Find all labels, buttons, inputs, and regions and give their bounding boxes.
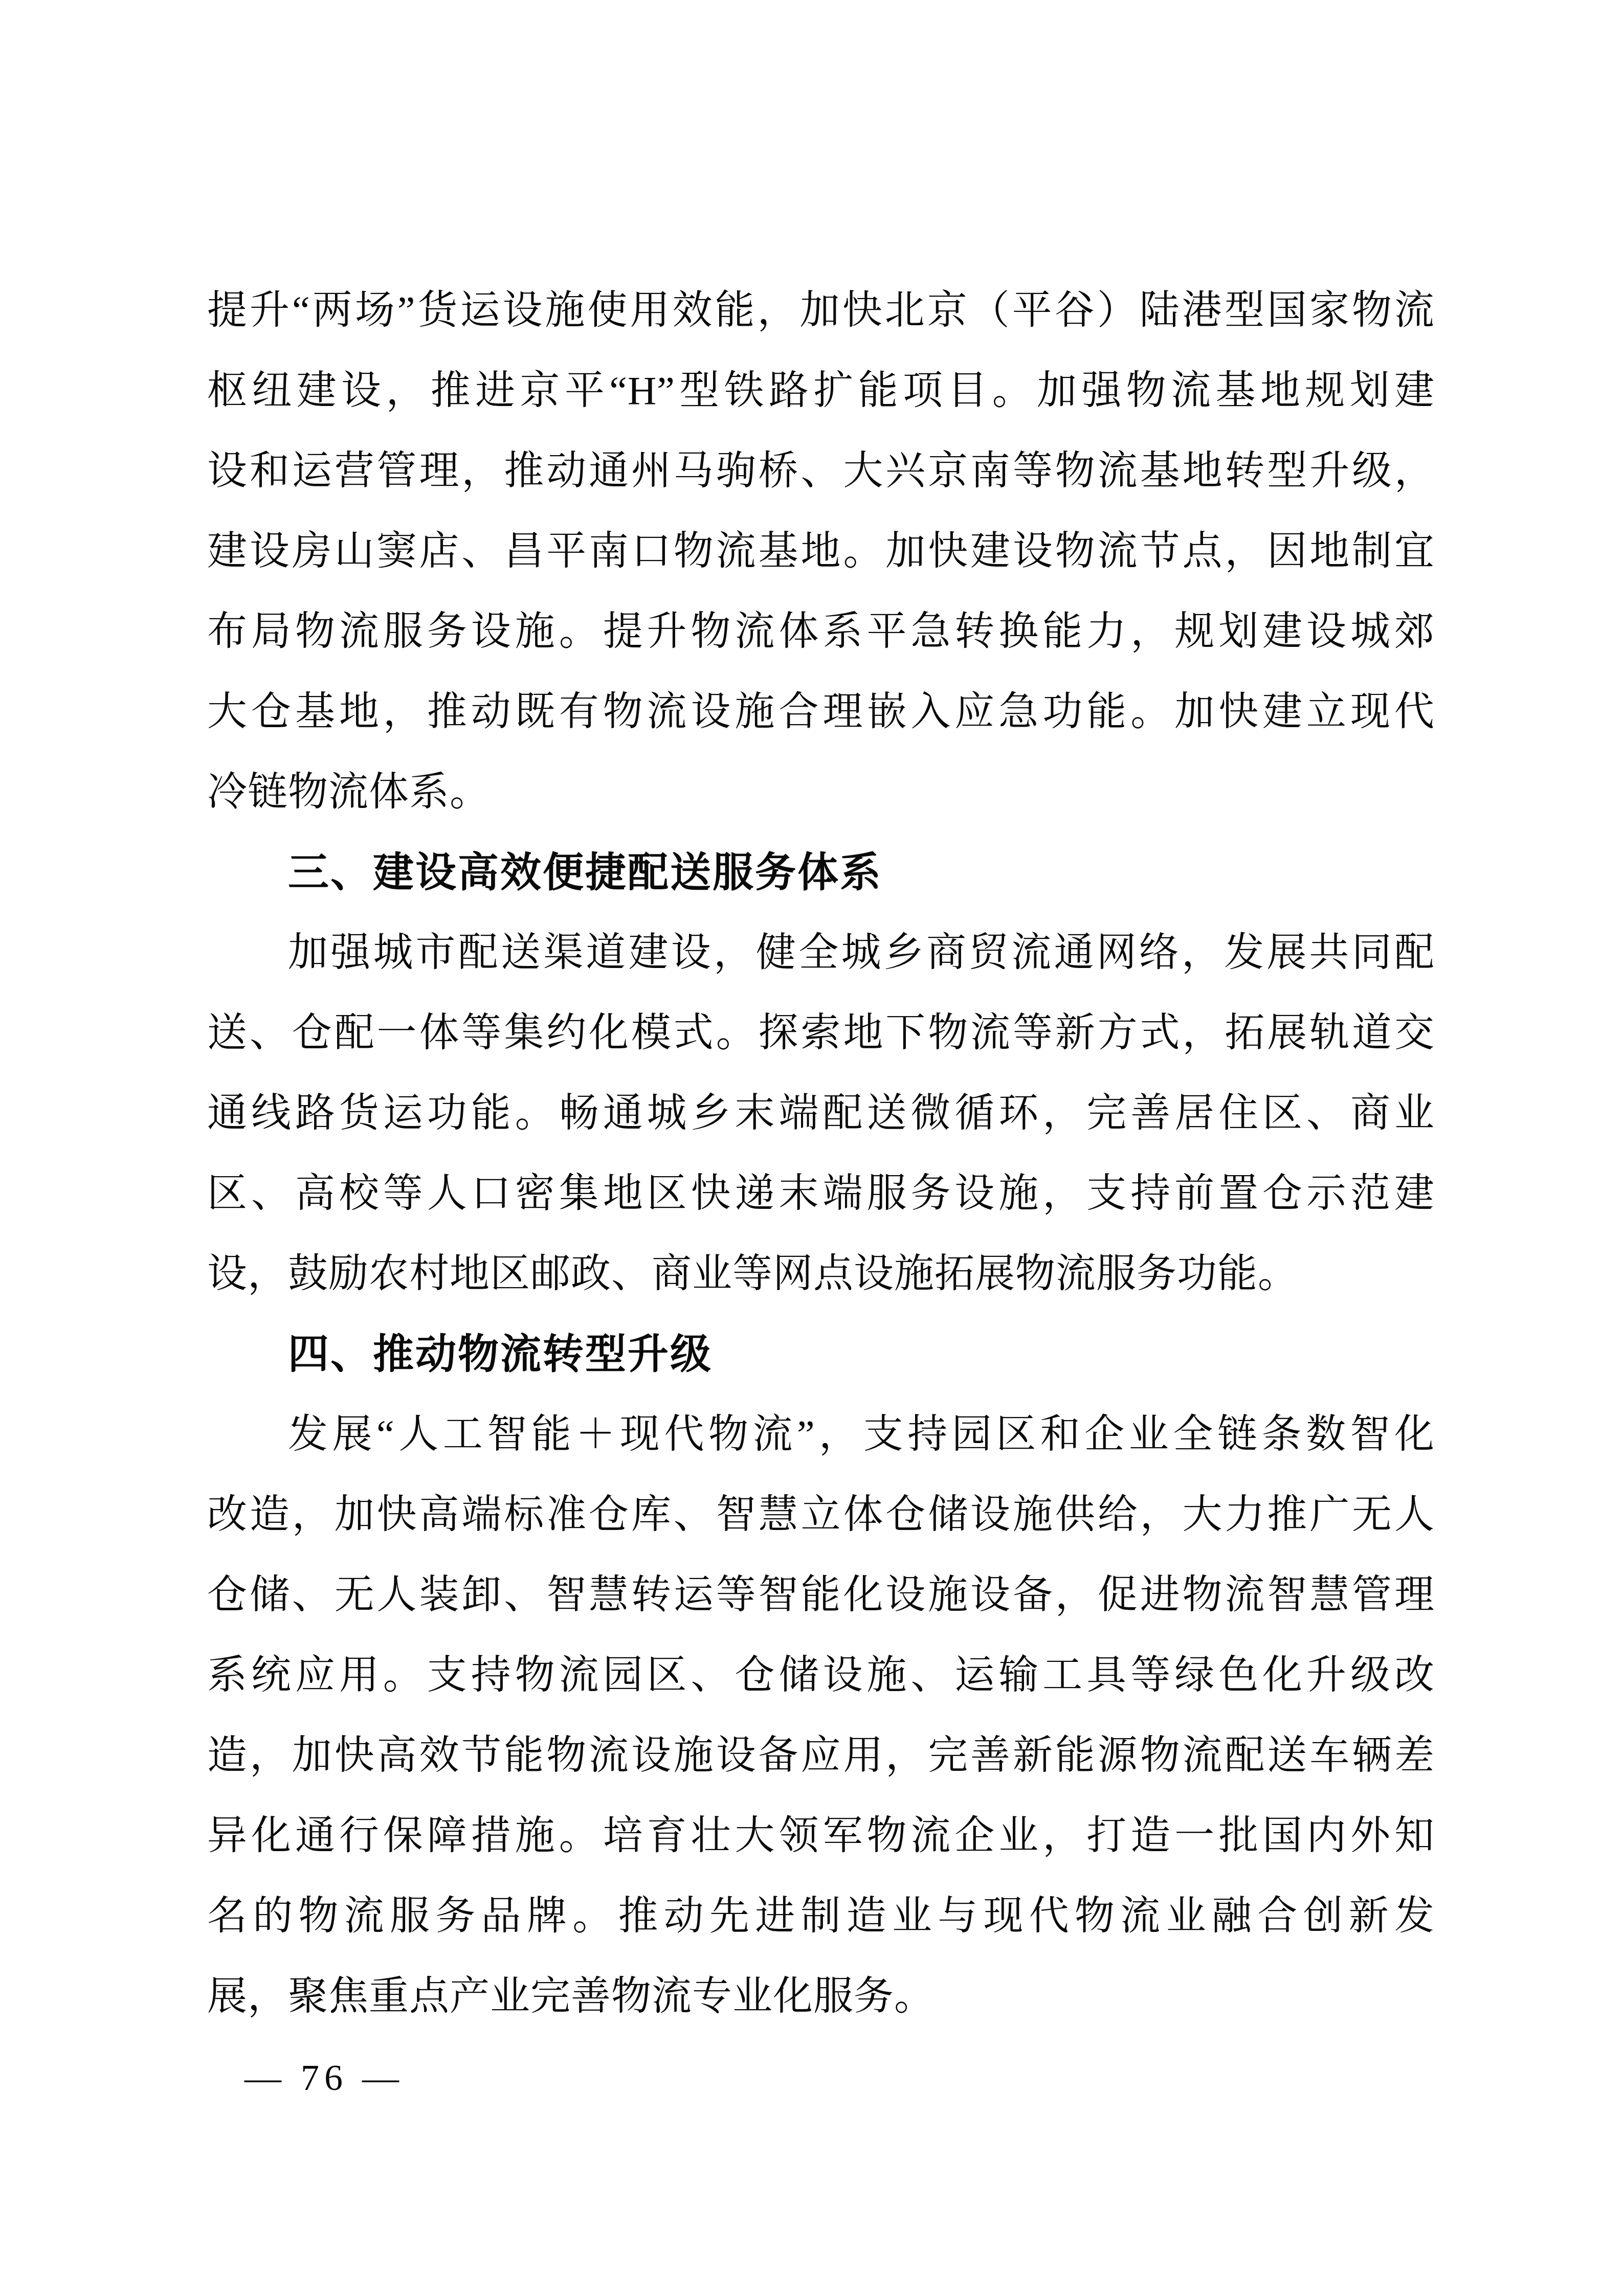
text-line: 展，聚焦重点产业完善物流专业化服务。 (207, 1956, 1435, 2036)
text-line: 发展“人工智能＋现代物流”，支持园区和企业全链条数智化 (207, 1394, 1435, 1474)
text-line: 改造，加快高端标准仓库、智慧立体仓储设施供给，大力推广无人 (207, 1474, 1435, 1555)
text-line: 设，鼓励农村地区邮政、商业等网点设施拓展物流服务功能。 (207, 1233, 1435, 1314)
text-line: 建设房山窦店、昌平南口物流基地。加快建设物流节点，因地制宜 (207, 511, 1435, 591)
text-line: 区、高校等人口密集地区快递末端服务设施，支持前置仓示范建 (207, 1153, 1435, 1233)
document-page: 提升“两场”货运设施使用效能，加快北京（平谷）陆港型国家物流 枢纽建设，推进京平… (0, 0, 1624, 2296)
section-heading-3: 三、建设高效便捷配送服务体系 (207, 832, 1435, 912)
text-line: 通线路货运功能。畅通城乡末端配送微循环，完善居住区、商业 (207, 1073, 1435, 1153)
text-line: 名的物流服务品牌。推动先进制造业与现代物流业融合创新发 (207, 1876, 1435, 1956)
text-line: 大仓基地，推动既有物流设施合理嵌入应急功能。加快建立现代 (207, 671, 1435, 752)
text-line: 异化通行保障措施。培育壮大领军物流企业，打造一批国内外知 (207, 1795, 1435, 1876)
text-line: 提升“两场”货运设施使用效能，加快北京（平谷）陆港型国家物流 (207, 270, 1435, 350)
text-line: 冷链物流体系。 (207, 752, 1435, 832)
text-line: 枢纽建设，推进京平“H”型铁路扩能项目。加强物流基地规划建 (207, 350, 1435, 431)
page-footer: — 76 — (244, 2055, 404, 2101)
text-line: 布局物流服务设施。提升物流体系平急转换能力，规划建设城郊 (207, 591, 1435, 671)
text-line: 加强城市配送渠道建设，健全城乡商贸流通网络，发展共同配 (207, 912, 1435, 993)
text-line: 仓储、无人装卸、智慧转运等智能化设施设备，促进物流智慧管理 (207, 1555, 1435, 1635)
text-line: 造，加快高效节能物流设施设备应用，完善新能源物流配送车辆差 (207, 1715, 1435, 1795)
section-heading-4: 四、推动物流转型升级 (207, 1314, 1435, 1394)
text-line: 系统应用。支持物流园区、仓储设施、运输工具等绿色化升级改 (207, 1635, 1435, 1715)
document-body: 提升“两场”货运设施使用效能，加快北京（平谷）陆港型国家物流 枢纽建设，推进京平… (207, 270, 1435, 2036)
text-line: 设和运营管理，推动通州马驹桥、大兴京南等物流基地转型升级， (207, 431, 1435, 511)
page-number: — 76 — (244, 2057, 404, 2098)
text-line: 送、仓配一体等集约化模式。探索地下物流等新方式，拓展轨道交 (207, 993, 1435, 1073)
